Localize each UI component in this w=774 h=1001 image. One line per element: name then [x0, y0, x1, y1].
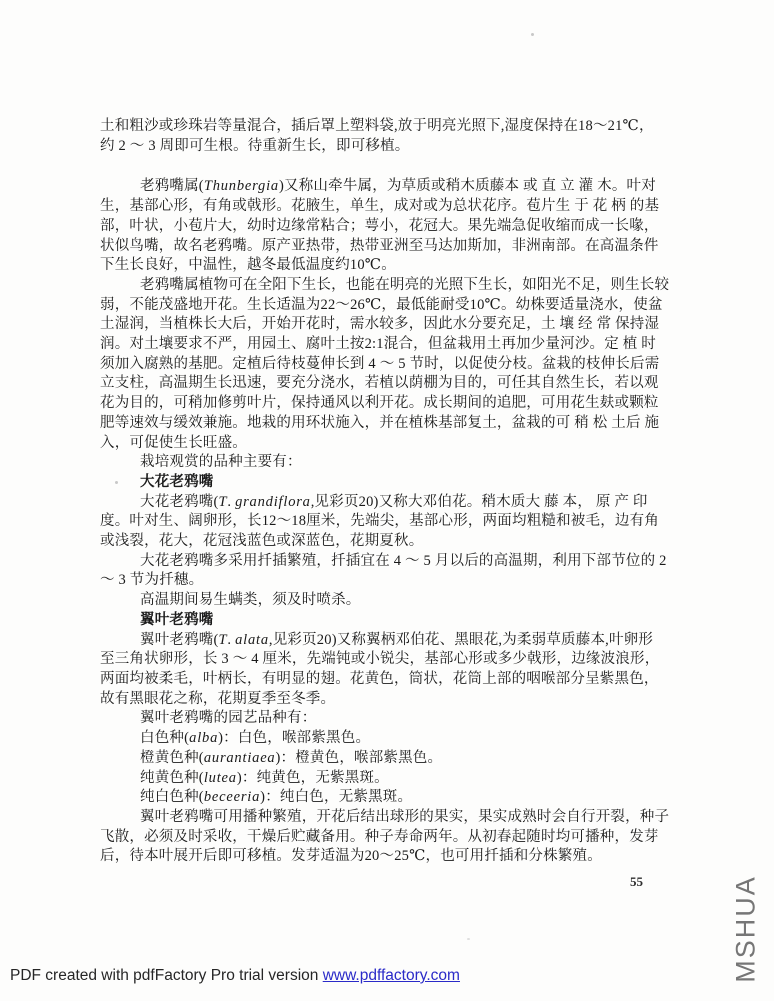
latin-species-name: lutea [204, 770, 237, 786]
latin-species-name: alba [189, 730, 218, 746]
paragraph: 白色种(alba)：白色，喉部紫黑色。 [100, 729, 672, 749]
paragraph: 纯白色种(beceeria)：纯白色，无紫黑斑。 [100, 788, 672, 808]
paragraph: 大花老鸦嘴多采用扦插繁殖，扦插宜在 4 ～ 5 月以后的高温期，利用下部节位的 … [100, 552, 672, 591]
scan-speck [531, 33, 534, 36]
paragraph: 土和粗沙或珍珠岩等量混合，插后罩上塑料袋,放于明亮光照下,湿度保持在18～21℃… [100, 117, 672, 156]
latin-species-name: aurantiaea [204, 750, 276, 766]
latin-species-name: grandiflora [235, 494, 311, 510]
latin-species-name: Thunbergia [204, 178, 279, 194]
page-number: 55 [630, 874, 643, 890]
scanned-page: 土和粗沙或珍珠岩等量混合，插后罩上塑料袋,放于明亮光照下,湿度保持在18～21℃… [0, 0, 774, 1001]
paragraph: 栽培观赏的品种主要有： [100, 453, 672, 473]
paragraph: 老鸦嘴属植物可在全阳下生长，也能在明亮的光照下生长，如阳光不足，则生长较 弱，不… [100, 276, 672, 453]
text-block: 土和粗沙或珍珠岩等量混合，插后罩上塑料袋,放于明亮光照下,湿度保持在18～21℃… [100, 117, 672, 867]
watermark-text: MSHUA [731, 875, 762, 983]
pdffactory-link[interactable]: www.pdffactory.com [323, 967, 460, 984]
paragraph: 大花老鸦嘴(T. grandiflora,见彩页20)又称大邓伯花。稍木质大 藤… [100, 493, 672, 552]
section-heading: 翼叶老鸦嘴 [100, 611, 672, 631]
paragraph: 翼叶老鸦嘴(T. alata,见彩页20)又称翼柄邓伯花、黑眼花,为柔弱草质藤本… [100, 631, 672, 710]
pdf-trial-footer: PDF created with pdfFactory Pro trial ve… [10, 967, 460, 985]
scan-speck [115, 481, 118, 484]
paragraph: 老鸦嘴属(Thunbergia)又称山牵牛属，为草质或稍木质藤本 或 直 立 灌… [100, 177, 672, 276]
paragraph: 橙黄色种(aurantiaea)：橙黄色，喉部紫黑色。 [100, 749, 672, 769]
latin-species-name: T [219, 494, 228, 510]
scan-speck [467, 938, 470, 940]
section-heading: 大花老鸦嘴 [100, 473, 672, 493]
latin-species-name: alata [235, 632, 269, 648]
footer-text: PDF created with pdfFactory Pro trial ve… [10, 967, 323, 984]
paragraph: 翼叶老鸦嘴的园艺品种有： [100, 709, 672, 729]
paragraph: 纯黄色种(lutea)：纯黄色，无紫黑斑。 [100, 769, 672, 789]
paragraph: 翼叶老鸦嘴可用播种繁殖，开花后结出球形的果实，果实成熟时会自行开裂，种子 飞散，… [100, 808, 672, 867]
latin-species-name: T [219, 632, 228, 648]
paragraph: 高温期间易生螨类，须及时喷杀。 [100, 591, 672, 611]
latin-species-name: beceeria [204, 789, 260, 805]
